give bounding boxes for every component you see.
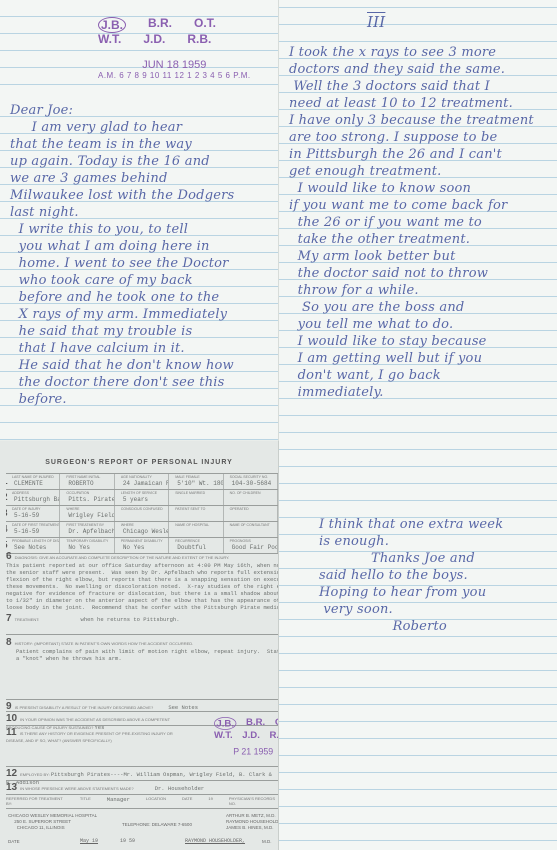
row-number: 5	[6, 540, 8, 551]
handwritten-line: said hello to the boys.	[319, 567, 503, 584]
handwritten-line: Well the 3 doctors said that I	[289, 78, 534, 95]
stamp-initials: B.R.	[148, 17, 172, 33]
field-value: Good Fair Poor	[232, 544, 278, 551]
form-row-1: 1Last name of injuredCLEMENTEFirst name …	[6, 474, 278, 490]
field-label: Patient sent to	[175, 507, 205, 511]
handwritten-line: you what I am doing here in	[10, 238, 234, 255]
form-grid: 1Last name of injuredCLEMENTEFirst name …	[6, 473, 278, 554]
row-number: 2	[6, 492, 8, 503]
divider	[6, 711, 278, 712]
handwritten-line: So you are the boss and	[289, 299, 534, 316]
field-label: Occupation	[66, 491, 89, 495]
field-label: No. of children	[230, 491, 261, 495]
treatment-value: when he returns to Pittsburgh.	[81, 616, 180, 623]
handwritten-line: before.	[10, 391, 234, 408]
field-value: 5-16-59	[14, 512, 39, 519]
received-stamp: J.B.B.R.O.T. W.T.J.D.R.B. JUN 18 1959 A.…	[98, 17, 251, 80]
handwritten-line: I think that one extra week	[319, 516, 503, 533]
divider	[6, 766, 278, 767]
form-field: Operated	[224, 506, 278, 521]
field-value: No Yes	[68, 544, 90, 551]
handwritten-line: get enough treatment.	[289, 163, 534, 180]
handwritten-line: doctors and they said the same.	[289, 61, 534, 78]
handwritten-line: very soon.	[319, 601, 503, 618]
form-field: 4Date of first treatment5-16-59	[6, 522, 60, 537]
divider	[6, 794, 278, 795]
handwritten-line: that the team is in the way	[10, 136, 234, 153]
divider	[6, 780, 278, 781]
section-13-witness: 13In whose presence were above statement…	[6, 782, 278, 793]
year-value: 19 59	[120, 838, 135, 844]
field-value: CLEMENTE	[14, 480, 43, 487]
form-row-2: 2AddressPittsburgh BaseballOccupationPit…	[6, 490, 278, 506]
form-field: Male Female5'10" Wt. 180	[169, 474, 223, 489]
handwritten-line: take the other treatment.	[289, 231, 534, 248]
field-label: Where	[66, 507, 79, 511]
history-text: Patient complains of pain with limit of …	[16, 648, 278, 662]
field-label: Where	[121, 523, 134, 527]
handwritten-line: we are 3 games behind	[10, 170, 234, 187]
handwritten-line: don't want, I go back	[289, 367, 534, 384]
field-label: Permanent disability	[121, 539, 163, 543]
field-value: See Notes	[14, 544, 46, 551]
field-label: Single Married	[175, 491, 205, 495]
field-label: Recurrence	[175, 539, 200, 543]
date-label: DATE	[8, 839, 20, 845]
field-label: Prognosis	[230, 539, 251, 543]
field-label: Temporary disability	[66, 539, 108, 543]
handwritten-text-page-1: Dear Joe: I am very glad to hearthat the…	[10, 102, 234, 408]
form-field: Social security no.104-30-5684	[224, 474, 278, 489]
field-label: Length of service	[121, 491, 157, 495]
field-label: Name of consultant	[230, 523, 270, 527]
field-label: Probable length of disability	[12, 539, 60, 543]
field-value: Pitts. Pirate	[68, 496, 114, 503]
form-field: 3Date of injury5-16-59	[6, 506, 60, 521]
handwritten-line: X rays of my arm. Immediately	[10, 306, 234, 323]
field-label: First treatment by	[66, 523, 104, 527]
handwritten-text-page-2: I took the x rays to see 3 moredoctors a…	[289, 44, 534, 401]
field-label: Conscious Confused	[121, 507, 163, 511]
handwritten-line: throw for a while.	[289, 282, 534, 299]
field-label: First name Initial	[66, 475, 100, 479]
handwritten-line: I took the x rays to see 3 more	[289, 44, 534, 61]
handwritten-line: I am very glad to hear	[10, 119, 234, 136]
stamp-hours: A.M. 6 7 8 9 10 11 12 1 2 3 4 5 6 P.M.	[98, 71, 251, 80]
form-field: Length of service5 years	[115, 490, 169, 505]
handwritten-line: who took care of my back	[10, 272, 234, 289]
handwritten-line: home. I went to see the Doctor	[10, 255, 234, 272]
form-field: OccupationPitts. Pirate	[60, 490, 114, 505]
divider	[6, 699, 278, 700]
handwritten-line: are too strong. I suppose to be	[289, 129, 534, 146]
form-row-3: 3Date of injury5-16-59WhereWrigley Field…	[6, 506, 278, 522]
handwritten-line: you tell me what to do.	[289, 316, 534, 333]
form-field: Name of hospital	[169, 522, 223, 537]
handwritten-line: Thanks Joe and	[319, 550, 503, 567]
handwritten-line: I would like to know soon	[289, 180, 534, 197]
handwritten-text-page-3: I think that one extra weekis enough. Th…	[319, 516, 503, 635]
surgeon-signature: RAYMOND HOUSEHOLDER,	[185, 838, 245, 844]
referral-row: Referred for treatment by: Title Manager…	[6, 796, 278, 806]
form-title: SURGEON'S REPORT OF PERSONAL INJURY	[0, 459, 278, 466]
section-11: 11Is there any history or evidence prese…	[6, 727, 186, 743]
stamp-initials: R.B.	[187, 33, 211, 45]
divider	[6, 634, 278, 635]
form-field: 1Last name of injuredCLEMENTE	[6, 474, 60, 489]
form-field: Conscious Confused	[115, 506, 169, 521]
field-label: Address	[12, 491, 29, 495]
handwritten-line: if you want me to come back for	[289, 197, 534, 214]
stamp-initials: J.D.	[143, 33, 165, 45]
handwritten-line: he said that my trouble is	[10, 323, 234, 340]
treatment-label: Treatment:	[15, 617, 40, 622]
handwritten-line: in Pittsburgh the 26 and I can't	[289, 146, 534, 163]
handwritten-line: My arm look better but	[289, 248, 534, 265]
field-value: 5 years	[123, 496, 148, 503]
form-field: 2AddressPittsburgh Baseball	[6, 490, 60, 505]
form-field: First treatment byDr. Apfelbach	[60, 522, 114, 537]
form-field: Single Married	[169, 490, 223, 505]
stamp-initials: W.T.	[98, 33, 121, 45]
field-value: 24 Jamaican Rep.	[123, 480, 169, 487]
handwritten-line: the 26 or if you want me to	[289, 214, 534, 231]
stamp-initials: J.B.	[98, 17, 126, 33]
row-number: 4	[6, 524, 8, 535]
handwritten-line: the doctor there don't see this	[10, 374, 234, 391]
field-value: 5-16-59	[14, 528, 39, 535]
field-value: Chicago Wesley Memorial Hospital	[123, 528, 169, 535]
stamp-initials: O.T.	[194, 17, 216, 33]
stamp-date: JUN 18 1959	[98, 59, 251, 71]
handwritten-line: Milwaukee lost with the Dodgers	[10, 187, 234, 204]
handwritten-line: Dear Joe:	[10, 102, 234, 119]
field-value: Pittsburgh Baseball	[14, 496, 60, 503]
letter-page-1: J.B.B.R.O.T. W.T.J.D.R.B. JUN 18 1959 A.…	[0, 0, 278, 440]
form-field: Patient sent to	[169, 506, 223, 521]
handwritten-line: I would like to stay because	[289, 333, 534, 350]
handwritten-line: is enough.	[319, 533, 503, 550]
field-label: Operated	[230, 507, 249, 511]
field-label: Age Nationality	[121, 475, 152, 479]
handwritten-line: last night.	[10, 204, 234, 221]
page-number-marker: III	[367, 14, 385, 31]
divider	[6, 808, 278, 809]
field-value: 5'10" Wt. 180	[177, 480, 223, 487]
form-row-4: 4Date of first treatment5-16-59First tre…	[6, 522, 278, 538]
field-value: Dr. Apfelbach	[68, 528, 114, 535]
handwritten-line: need at least 10 to 12 treatment.	[289, 95, 534, 112]
section-8-history: 8History: (Important) State in patient's…	[6, 637, 278, 662]
field-label: Date of injury	[12, 507, 40, 511]
handwritten-line: before and he took one to the	[10, 289, 234, 306]
handwritten-line: immediately.	[289, 384, 534, 401]
field-value: Wrigley Field	[68, 512, 114, 519]
form-field: No. of children	[224, 490, 278, 505]
handwritten-line: He said that he don't know how	[10, 357, 234, 374]
form-field: WhereWrigley Field	[60, 506, 114, 521]
form-field: First name InitialROBERTO	[60, 474, 114, 489]
handwritten-line: Hoping to hear from you	[319, 584, 503, 601]
handwritten-line: up again. Today is the 16 and	[10, 153, 234, 170]
surgeons-report-form: SURGEON'S REPORT OF PERSONAL INJURY 1Las…	[0, 441, 278, 850]
field-label: Date of first treatment	[12, 523, 60, 527]
letter-page-2: III I took the x rays to see 3 moredocto…	[279, 0, 557, 850]
form-field: WhereChicago Wesley Memorial Hospital	[115, 522, 169, 537]
signature-suffix: M.D.	[262, 839, 272, 845]
section-6-diagnosis: 6Diagnosis: Give an accurate and complet…	[6, 551, 278, 624]
field-label: Male Female	[175, 475, 200, 479]
field-value: 104-30-5684	[232, 480, 272, 487]
handwritten-line: I am getting well but if you	[289, 350, 534, 367]
handwritten-line: I have only 3 because the treatment	[289, 112, 534, 129]
handwritten-line: that I have calcium in it.	[10, 340, 234, 357]
hospital-address: CHICAGO WESLEY MEMORIAL HOSPITAL 250 E. …	[8, 813, 97, 831]
form-received-stamp: J.B.B.R.O.T. W.T.J.D.R.B. P 21 1959	[214, 717, 278, 757]
form-field: Name of consultant	[224, 522, 278, 537]
field-label: Name of hospital	[175, 523, 209, 527]
doctors-list: ARTHUR B. METZ, M.D. RAYMOND HOUSEHOLDER…	[226, 813, 278, 831]
field-value: ROBERTO	[68, 480, 93, 487]
row-number: 1	[6, 476, 8, 487]
form-field: Age Nationality24 Jamaican Rep.	[115, 474, 169, 489]
handwritten-line: I write this to you, to tell	[10, 221, 234, 238]
hospital-telephone: TELEPHONE: DELAWARE 7-6500	[122, 822, 192, 828]
field-value: No Yes	[123, 544, 145, 551]
date-value: May 19	[80, 838, 98, 844]
field-label: Social security no.	[230, 475, 269, 479]
row-number: 3	[6, 508, 8, 519]
handwritten-line: the doctor said not to throw	[289, 265, 534, 282]
diagnosis-text: This patient reported at our office Satu…	[6, 562, 278, 611]
field-label: Last name of injured	[12, 475, 54, 479]
field-value: Doubtful	[177, 544, 206, 551]
handwritten-line: Roberto	[319, 618, 503, 635]
